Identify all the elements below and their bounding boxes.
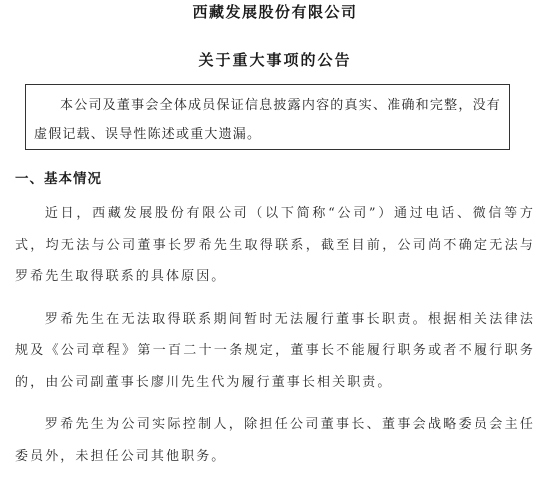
paragraph-2: 罗希先生在无法取得联系期间暂时无法履行董事长职责。根据相关法律法规及《公司章程》…: [15, 304, 535, 399]
company-name: 西藏发展股份有限公司: [0, 2, 550, 22]
paragraph-3: 罗希先生为公司实际控制人，除担任公司董事长、董事会战略委员会主任委员外，未担任公…: [15, 409, 535, 472]
section-heading-basic-info: 一、基本情况: [15, 169, 102, 189]
paragraph-1: 近日，西藏发展股份有限公司（以下简称“公司”）通过电话、微信等方式，均无法与公司…: [15, 198, 535, 293]
announcement-title: 关于重大事项的公告: [0, 50, 550, 70]
section-body: 近日，西藏发展股份有限公司（以下简称“公司”）通过电话、微信等方式，均无法与公司…: [15, 198, 535, 480]
disclaimer-notice-box: 本公司及董事会全体成员保证信息披露内容的真实、准确和完整，没有虚假记载、误导性陈…: [25, 84, 510, 150]
disclaimer-text: 本公司及董事会全体成员保证信息披露内容的真实、准确和完整，没有虚假记载、误导性陈…: [34, 91, 501, 149]
